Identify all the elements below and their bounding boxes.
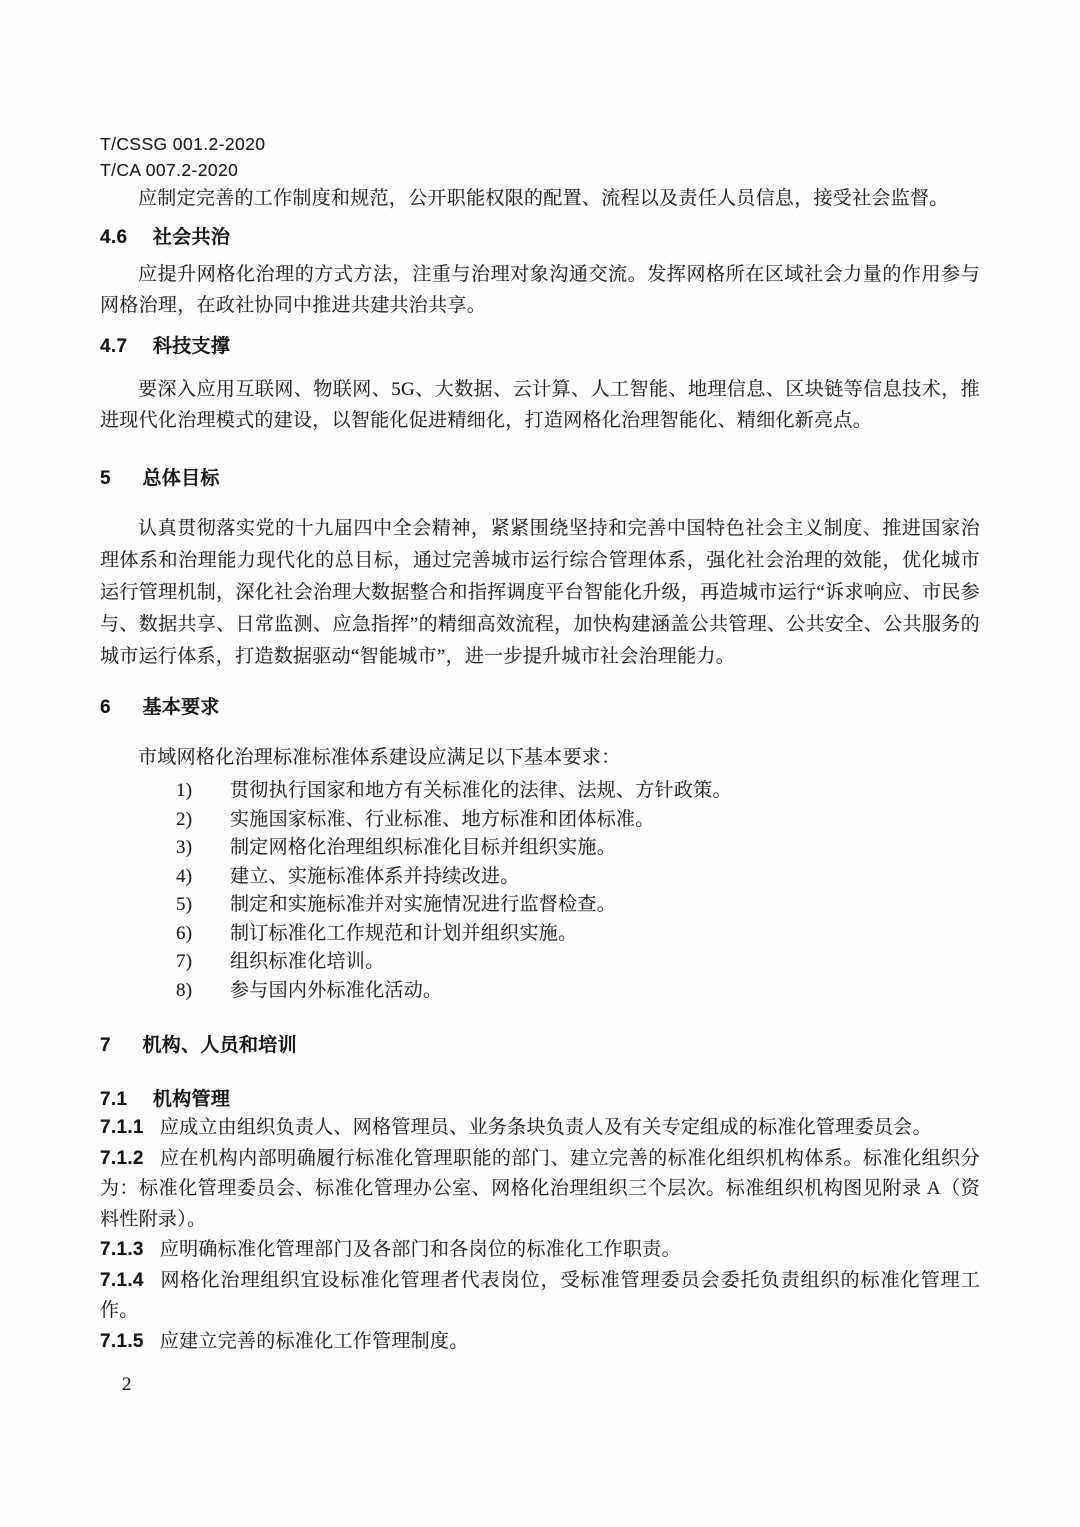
clause-7-1-5: 7.1.5应建立完善的标准化工作管理制度。 (100, 1327, 980, 1358)
list-item-2-text: 实施国家标准、行业标准、地方标准和团体标准。 (230, 809, 655, 830)
chapter-heading-7: 7 机构、人员和培训 (100, 1032, 980, 1059)
list-item-6-text: 制订标准化工作规范和计划并组织实施。 (230, 923, 577, 944)
list-item-1: 1)贯彻执行国家和地方有关标准化的法律、法规、方针政策。 (100, 777, 980, 806)
chapter-title-7: 机构、人员和培训 (142, 1035, 296, 1056)
clause-7-1-3-text: 应明确标准化管理部门及各部门和各岗位的标准化工作职责。 (160, 1239, 681, 1260)
section-heading-4-6: 4.6 社会共治 (100, 224, 980, 251)
list-item-4-text: 建立、实施标准体系并持续改进。 (230, 866, 520, 887)
requirements-list: 1)贯彻执行国家和地方有关标准化的法律、法规、方针政策。 2)实施国家标准、行业… (100, 777, 980, 1005)
chapter-heading-6: 6 基本要求 (100, 694, 980, 721)
chapter-number-6: 6 (100, 697, 111, 718)
clause-7-1-4-number: 7.1.4 (100, 1270, 144, 1291)
list-item-5: 5)制定和实施标准并对实施情况进行监督检查。 (100, 891, 980, 920)
list-item-5-number: 5) (176, 891, 230, 920)
list-item-8: 8)参与国内外标准化活动。 (100, 977, 980, 1006)
clause-7-1-1-text: 应成立由组织负责人、网格管理员、业务条块负责人及有关专定组成的标准化管理委员会。 (160, 1117, 932, 1138)
list-item-6: 6)制订标准化工作规范和计划并组织实施。 (100, 920, 980, 949)
clause-7-1-3-number: 7.1.3 (100, 1239, 144, 1260)
document-page: T/CSSG 001.2-2020 T/CA 007.2-2020 应制定完善的… (0, 0, 1080, 1527)
clause-7-1-4-text: 网格化治理组织宜设标准化管理者代表岗位，受标准管理委员会委托负责组织的标准化管理… (100, 1270, 980, 1322)
section-title-7-1: 机构管理 (153, 1089, 230, 1110)
clause-7-1-1-number: 7.1.1 (100, 1117, 144, 1138)
chapter-number-5: 5 (100, 468, 111, 489)
clause-7-1-2-text: 应在机构内部明确履行标准化管理职能的部门、建立完善的标准化组织机构体系。标准化组… (100, 1148, 980, 1230)
chapter-heading-5: 5 总体目标 (100, 465, 980, 492)
section-number-4-7: 4.7 (100, 336, 127, 357)
clause-7-1-3: 7.1.3应明确标准化管理部门及各部门和各岗位的标准化工作职责。 (100, 1235, 980, 1266)
list-item-3-number: 3) (176, 834, 230, 863)
chapter-5-paragraph: 认真贯彻落实党的十九届四中全会精神，紧紧围绕坚持和完善中国特色社会主义制度、推进… (100, 513, 980, 673)
chapter-6-intro: 市域网格化治理标准标准体系建设应满足以下基本要求： (100, 742, 980, 773)
list-item-6-number: 6) (176, 920, 230, 949)
list-item-8-text: 参与国内外标准化活动。 (230, 980, 442, 1001)
list-item-7-text: 组织标准化培训。 (230, 951, 384, 972)
list-item-5-text: 制定和实施标准并对实施情况进行监督检查。 (230, 894, 616, 915)
clause-7-1-5-text: 应建立完善的标准化工作管理制度。 (160, 1331, 469, 1352)
section-heading-7-1: 7.1 机构管理 (100, 1086, 980, 1113)
chapter-number-7: 7 (100, 1035, 111, 1056)
section-title-4-6: 社会共治 (153, 227, 230, 248)
section-number-4-6: 4.6 (100, 227, 127, 248)
list-item-2: 2)实施国家标准、行业标准、地方标准和团体标准。 (100, 806, 980, 835)
list-item-1-text: 贯彻执行国家和地方有关标准化的法律、法规、方针政策。 (230, 780, 732, 801)
clause-7-1-2: 7.1.2应在机构内部明确履行标准化管理职能的部门、建立完善的标准化组织机构体系… (100, 1144, 980, 1236)
clause-7-1-5-number: 7.1.5 (100, 1331, 144, 1352)
section-number-7-1: 7.1 (100, 1089, 127, 1110)
section-heading-4-7: 4.7 科技支撑 (100, 333, 980, 360)
list-item-8-number: 8) (176, 977, 230, 1006)
list-item-7: 7)组织标准化培训。 (100, 948, 980, 977)
list-item-4-number: 4) (176, 863, 230, 892)
list-item-4: 4)建立、实施标准体系并持续改进。 (100, 863, 980, 892)
clause-7-1-4: 7.1.4网格化治理组织宜设标准化管理者代表岗位，受标准管理委员会委托负责组织的… (100, 1266, 980, 1327)
section-4-6-paragraph: 应提升网格化治理的方式方法，注重与治理对象沟通交流。发挥网格所在区域社会力量的作… (100, 259, 980, 321)
clause-7-1-2-number: 7.1.2 (100, 1148, 144, 1169)
clause-7-1-1: 7.1.1应成立由组织负责人、网格管理员、业务条块负责人及有关专定组成的标准化管… (100, 1113, 980, 1144)
section-title-4-7: 科技支撑 (153, 336, 230, 357)
list-item-3-text: 制定网格化治理组织标准化目标并组织实施。 (230, 837, 616, 858)
chapter-title-5: 总体目标 (142, 468, 219, 489)
chapter-title-6: 基本要求 (142, 697, 219, 718)
doc-code-line-2: T/CA 007.2-2020 (100, 157, 980, 183)
list-item-7-number: 7) (176, 948, 230, 977)
page-number: 2 (100, 1372, 980, 1398)
lead-paragraph: 应制定完善的工作制度和规范，公开职能权限的配置、流程以及责任人员信息，接受社会监… (100, 183, 980, 214)
section-4-7-paragraph: 要深入应用互联网、物联网、5G、大数据、云计算、人工智能、地理信息、区块链等信息… (100, 374, 980, 436)
list-item-1-number: 1) (176, 777, 230, 806)
list-item-3: 3)制定网格化治理组织标准化目标并组织实施。 (100, 834, 980, 863)
list-item-2-number: 2) (176, 806, 230, 835)
doc-code-line-1: T/CSSG 001.2-2020 (100, 131, 980, 157)
